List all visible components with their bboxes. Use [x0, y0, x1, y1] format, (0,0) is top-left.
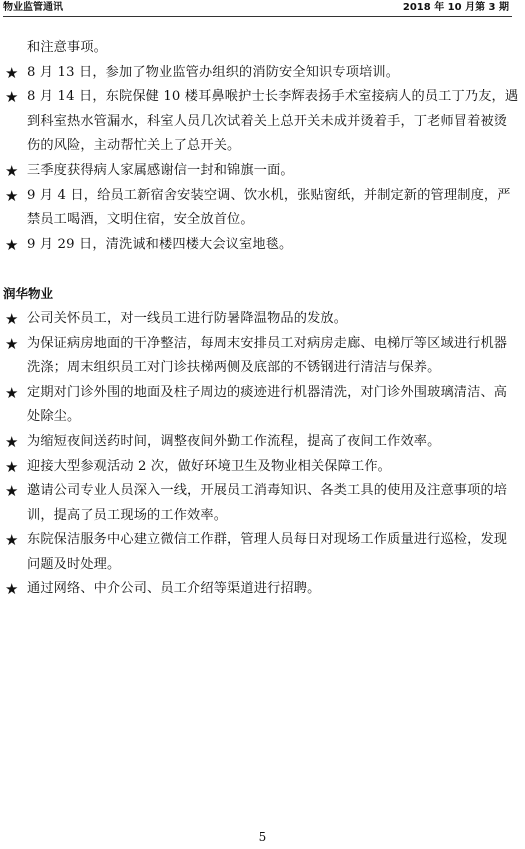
section-title: 润华物业	[0, 282, 525, 307]
issue-label: 2018 年 10 月第 3 期	[403, 1, 509, 15]
list-item-text: 8 月 13 日，参加了物业监管办组织的消防安全知识专项培训。	[27, 65, 399, 80]
list-item-line: ★为保证病房地面的干净整洁，每周末安排员工对病房走廊、电梯厅等区域进行机器	[0, 332, 525, 357]
list-item-continuation: 问题及时处理。	[0, 553, 525, 578]
list-item: ★为保证病房地面的干净整洁，每周末安排员工对病房走廊、电梯厅等区域进行机器洗涤；…	[0, 332, 525, 381]
list-item: ★8 月 13 日，参加了物业监管办组织的消防安全知识专项培训。	[0, 61, 525, 86]
section-2-list: ★公司关怀员工，对一线员工进行防暑降温物品的发放。★为保证病房地面的干净整洁，每…	[0, 307, 525, 602]
list-item-text: 处除尘。	[27, 409, 80, 424]
list-item-text: 为缩短夜间送药时间，调整夜间外勤工作流程，提高了夜间工作效率。	[27, 434, 440, 449]
page-header: 物业监管通讯 2018 年 10 月第 3 期	[3, 0, 512, 17]
list-item-line: ★公司关怀员工，对一线员工进行防暑降温物品的发放。	[0, 307, 525, 332]
star-bullet-icon: ★	[5, 577, 19, 602]
star-bullet-icon: ★	[5, 455, 19, 480]
list-item: ★定期对门诊外围的地面及柱子周边的痰迹进行机器清洗，对门诊外围玻璃清洁、高处除尘…	[0, 381, 525, 430]
publication-title: 物业监管通讯	[3, 1, 63, 15]
list-item: ★通过网络、中介公司、员工介绍等渠道进行招聘。	[0, 577, 525, 602]
list-item-continuation: 处除尘。	[0, 405, 525, 430]
list-item-line: ★9 月 29 日，清洗诚和楼四楼大会议室地毯。	[0, 233, 525, 258]
star-bullet-icon: ★	[5, 159, 19, 184]
list-item-continuation: 伤的风险，主动帮忙关上了总开关。	[0, 134, 525, 159]
list-item-continuation: 禁员工喝酒，文明住宿，安全放首位。	[0, 208, 525, 233]
list-item-continuation: 训，提高了员工现场的工作效率。	[0, 504, 525, 529]
list-item-text: 东院保洁服务中心建立微信工作群，管理人员每日对现场工作质量进行巡检，发现	[27, 532, 507, 547]
list-item-text: 洗涤；周末组织员工对门诊扶梯两侧及底部的不锈钢进行清洁与保养。	[27, 360, 440, 375]
list-item-continuation: 洗涤；周末组织员工对门诊扶梯两侧及底部的不锈钢进行清洁与保养。	[0, 356, 525, 381]
star-bullet-icon: ★	[5, 381, 19, 406]
list-item-text: 通过网络、中介公司、员工介绍等渠道进行招聘。	[27, 581, 320, 596]
list-item: ★9 月 29 日，清洗诚和楼四楼大会议室地毯。	[0, 233, 525, 258]
list-item: ★公司关怀员工，对一线员工进行防暑降温物品的发放。	[0, 307, 525, 332]
list-item: ★为缩短夜间送药时间，调整夜间外勤工作流程，提高了夜间工作效率。	[0, 430, 525, 455]
list-item-text: 迎接大型参观活动 2 次，做好环境卫生及物业相关保障工作。	[27, 459, 391, 474]
list-item-text: 为保证病房地面的干净整洁，每周末安排员工对病房走廊、电梯厅等区域进行机器	[27, 336, 507, 351]
star-bullet-icon: ★	[5, 233, 19, 258]
star-bullet-icon: ★	[5, 307, 19, 332]
page-content: 和注意事项。 ★8 月 13 日，参加了物业监管办组织的消防安全知识专项培训。★…	[0, 36, 525, 602]
star-bullet-icon: ★	[5, 85, 19, 110]
list-item-text: 问题及时处理。	[27, 557, 120, 572]
list-item-line: ★为缩短夜间送药时间，调整夜间外勤工作流程，提高了夜间工作效率。	[0, 430, 525, 455]
list-item-line: ★定期对门诊外围的地面及柱子周边的痰迹进行机器清洗，对门诊外围玻璃清洁、高	[0, 381, 525, 406]
list-item-line: ★三季度获得病人家属感谢信一封和锦旗一面。	[0, 159, 525, 184]
continuation-text: 和注意事项。	[0, 36, 525, 61]
list-item-text: 伤的风险，主动帮忙关上了总开关。	[27, 138, 240, 153]
list-item-line: ★8 月 13 日，参加了物业监管办组织的消防安全知识专项培训。	[0, 61, 525, 86]
star-bullet-icon: ★	[5, 528, 19, 553]
list-item-text: 邀请公司专业人员深入一线，开展员工消毒知识、各类工具的使用及注意事项的培	[27, 483, 507, 498]
section-spacer	[0, 257, 525, 282]
list-item-line: ★9 月 4 日，给员工新宿舍安装空调、饮水机，张贴窗纸，并制定新的管理制度，严	[0, 184, 525, 209]
list-item-line: ★迎接大型参观活动 2 次，做好环境卫生及物业相关保障工作。	[0, 455, 525, 480]
list-item: ★8 月 14 日，东院保健 10 楼耳鼻喉护士长李辉表扬手术室接病人的员工丁乃…	[0, 85, 525, 159]
list-item: ★9 月 4 日，给员工新宿舍安装空调、饮水机，张贴窗纸，并制定新的管理制度，严…	[0, 184, 525, 233]
star-bullet-icon: ★	[5, 332, 19, 357]
list-item-continuation: 到科室热水管漏水，科室人员几次试着关上总开关未成并烫着手，丁老师冒着被烫	[0, 110, 525, 135]
list-item-text: 公司关怀员工，对一线员工进行防暑降温物品的发放。	[27, 311, 347, 326]
list-item-text: 8 月 14 日，东院保健 10 楼耳鼻喉护士长李辉表扬手术室接病人的员工丁乃友…	[27, 89, 518, 104]
list-item-text: 定期对门诊外围的地面及柱子周边的痰迹进行机器清洗，对门诊外围玻璃清洁、高	[27, 385, 507, 400]
section-1-list: ★8 月 13 日，参加了物业监管办组织的消防安全知识专项培训。★8 月 14 …	[0, 61, 525, 258]
list-item-line: ★8 月 14 日，东院保健 10 楼耳鼻喉护士长李辉表扬手术室接病人的员工丁乃…	[0, 85, 525, 110]
list-item-text: 三季度获得病人家属感谢信一封和锦旗一面。	[27, 163, 294, 178]
star-bullet-icon: ★	[5, 184, 19, 209]
page-number: 5	[0, 830, 525, 844]
list-item: ★东院保洁服务中心建立微信工作群，管理人员每日对现场工作质量进行巡检，发现问题及…	[0, 528, 525, 577]
star-bullet-icon: ★	[5, 479, 19, 504]
list-item-line: ★东院保洁服务中心建立微信工作群，管理人员每日对现场工作质量进行巡检，发现	[0, 528, 525, 553]
list-item-line: ★邀请公司专业人员深入一线，开展员工消毒知识、各类工具的使用及注意事项的培	[0, 479, 525, 504]
list-item-line: ★通过网络、中介公司、员工介绍等渠道进行招聘。	[0, 577, 525, 602]
list-item: ★邀请公司专业人员深入一线，开展员工消毒知识、各类工具的使用及注意事项的培训，提…	[0, 479, 525, 528]
star-bullet-icon: ★	[5, 430, 19, 455]
list-item-text: 禁员工喝酒，文明住宿，安全放首位。	[27, 212, 254, 227]
list-item: ★三季度获得病人家属感谢信一封和锦旗一面。	[0, 159, 525, 184]
list-item-text: 到科室热水管漏水，科室人员几次试着关上总开关未成并烫着手，丁老师冒着被烫	[27, 114, 507, 129]
star-bullet-icon: ★	[5, 61, 19, 86]
list-item-text: 9 月 29 日，清洗诚和楼四楼大会议室地毯。	[27, 237, 292, 252]
list-item-text: 9 月 4 日，给员工新宿舍安装空调、饮水机，张贴窗纸，并制定新的管理制度，严	[27, 188, 511, 203]
list-item-text: 训，提高了员工现场的工作效率。	[27, 508, 227, 523]
list-item: ★迎接大型参观活动 2 次，做好环境卫生及物业相关保障工作。	[0, 455, 525, 480]
